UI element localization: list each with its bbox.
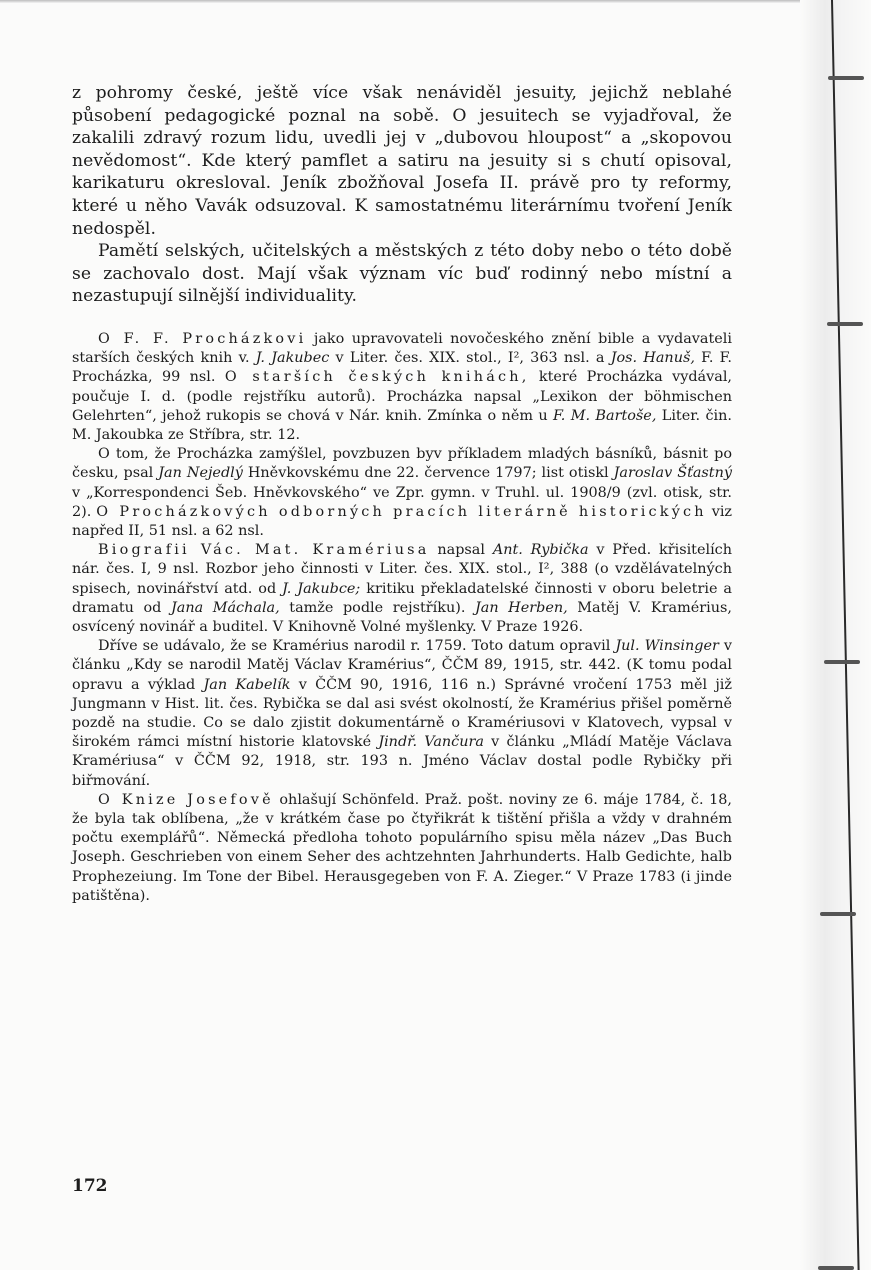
binding-stitch — [820, 912, 856, 916]
binding-spine — [831, 0, 860, 1270]
note-paragraph-kniha-josefova: O Knize Josefově ohlašují Schönfeld. Pra… — [72, 791, 732, 906]
page-top-edge — [0, 0, 871, 3]
binding-stitch — [827, 322, 863, 326]
binding-stitch — [824, 660, 860, 664]
main-paragraph-2: Pamětí selských, učitelských a městských… — [72, 240, 732, 308]
binding-stitch — [828, 76, 864, 80]
page-number: 172 — [72, 1176, 108, 1196]
note-paragraph-nejedly: O tom, že Procházka zamýšlel, povzbuzen … — [72, 445, 732, 541]
note-paragraph-kramerius-biography: Biografii Vác. Mat. Kramériusa napsal An… — [72, 541, 732, 637]
book-binding — [800, 0, 871, 1270]
main-text: z pohromy české, ještě více však nenávid… — [72, 82, 732, 308]
note-paragraph-prochazka: O F. F. Procházkovi jako upravovateli no… — [72, 330, 732, 445]
page-body: z pohromy české, ještě více však nenávid… — [72, 82, 732, 906]
main-paragraph-1: z pohromy české, ještě více však nenávid… — [72, 82, 732, 240]
binding-stitch — [818, 1266, 854, 1270]
note-paragraph-kramerius-birth: Dříve se udávalo, že se Kramérius narodi… — [72, 637, 732, 791]
notes-section: O F. F. Procházkovi jako upravovateli no… — [72, 330, 732, 906]
